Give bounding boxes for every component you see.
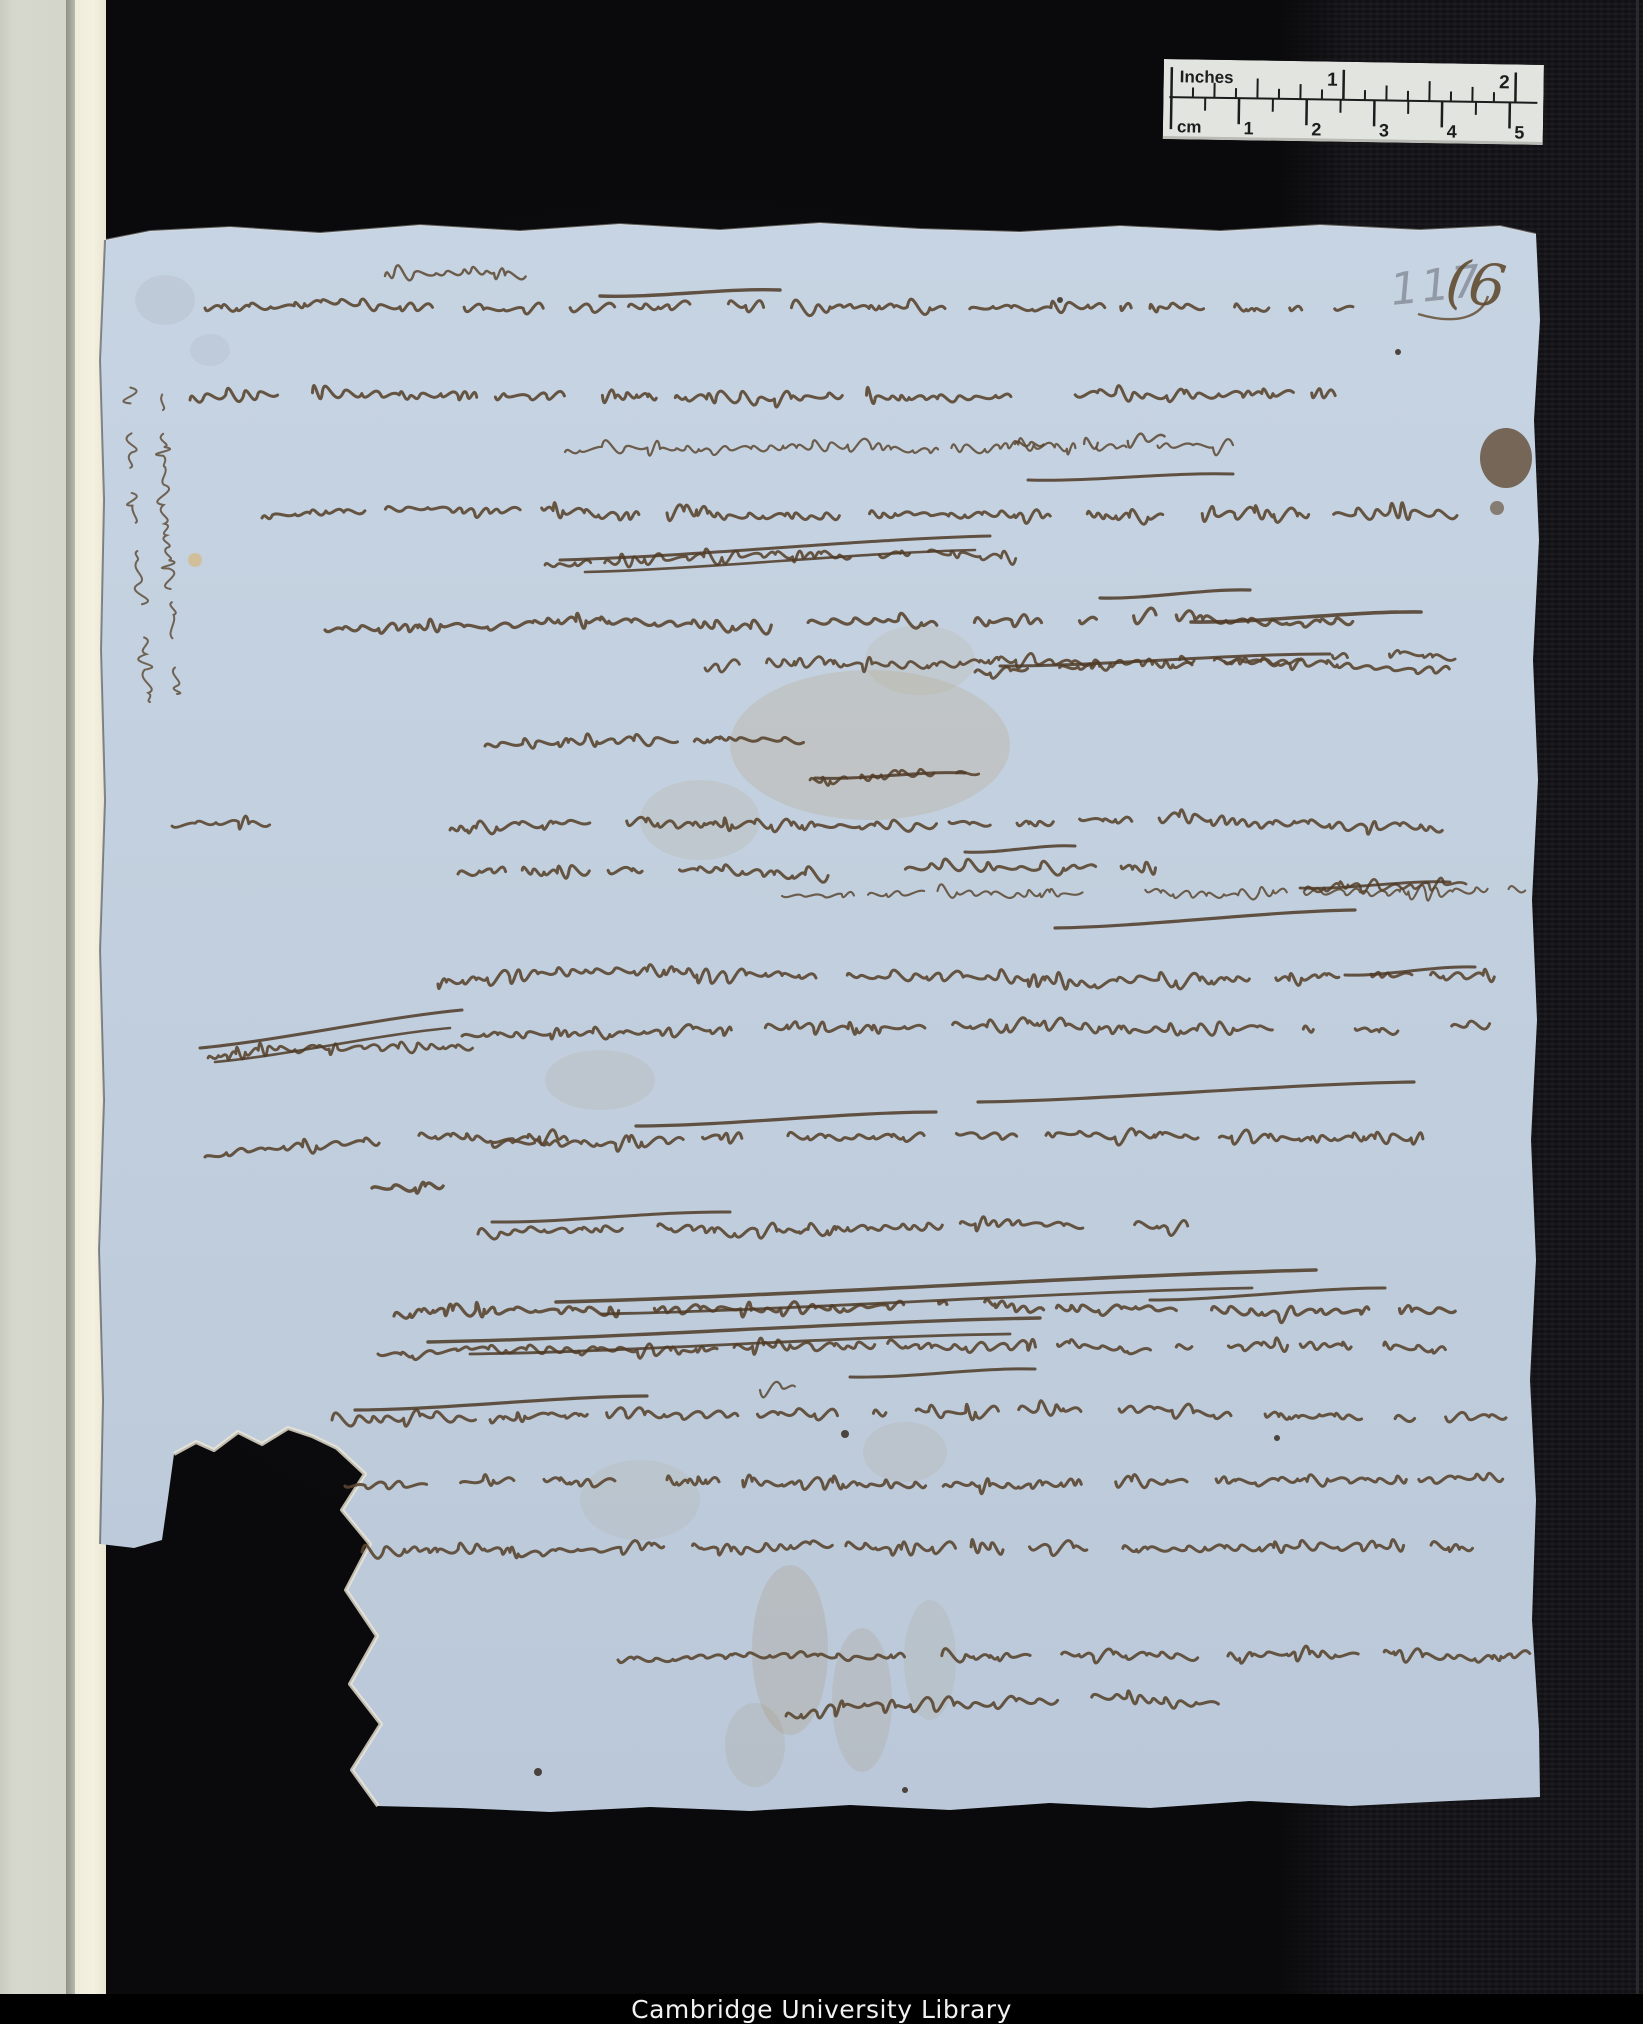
speck-6 <box>1395 349 1401 355</box>
stain-7 <box>135 275 195 325</box>
torn-edge-fringe <box>174 1428 381 1806</box>
svg-text:5: 5 <box>1514 123 1524 143</box>
ruler-zero-line <box>1171 67 1172 129</box>
ruler-inches-label: Inches <box>1180 67 1234 87</box>
stain-15 <box>725 1703 785 1787</box>
stain-6 <box>188 553 202 567</box>
svg-text:4: 4 <box>1447 121 1457 141</box>
caption-bar: Cambridge University Library <box>0 1994 1643 2024</box>
stain-8 <box>190 334 230 366</box>
stain-4 <box>1480 428 1532 488</box>
speck-5 <box>1057 297 1063 303</box>
speck-1 <box>841 1430 849 1438</box>
svg-text:3: 3 <box>1379 120 1389 140</box>
library-caption: Cambridge University Library <box>631 1995 1012 2024</box>
stain-5 <box>1490 501 1504 515</box>
manuscript-photo: 117 (6 <box>0 0 1643 2024</box>
speck-4 <box>902 1787 908 1793</box>
speck-2 <box>1274 1435 1280 1441</box>
svg-text:2: 2 <box>1311 119 1321 139</box>
svg-text:1: 1 <box>1327 70 1338 91</box>
ruler-cm-label: cm <box>1177 117 1202 136</box>
stain-1 <box>730 670 1010 820</box>
svg-text:1: 1 <box>1243 118 1253 138</box>
photo-stage: 117 (6 Inches cm 12 12345 Cambridge Univ… <box>0 0 1643 2024</box>
stain-14 <box>904 1600 956 1720</box>
ink-folio-mark: (6 <box>1442 246 1509 321</box>
stain-9 <box>545 1050 655 1110</box>
stain-3 <box>865 625 975 695</box>
scale-ruler: Inches cm 12 12345 <box>1163 59 1544 145</box>
svg-text:2: 2 <box>1499 72 1510 93</box>
stain-2 <box>640 780 760 860</box>
speck-3 <box>534 1768 542 1776</box>
manuscript-page <box>99 223 1540 1812</box>
stain-10 <box>580 1460 700 1540</box>
stain-11 <box>863 1422 947 1482</box>
